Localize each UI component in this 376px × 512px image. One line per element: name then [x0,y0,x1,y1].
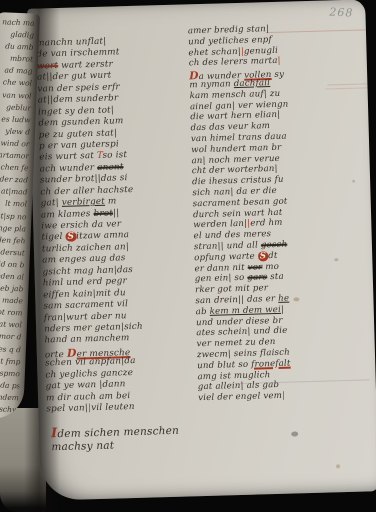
text-segment: de van irschemmt [36,48,119,60]
text-segment: eiffen kain|mit du [43,288,126,300]
text-segment: spel van| [46,403,88,414]
text-segment: at|mad [1,187,28,197]
manuscript-line: mge pla [0,222,26,236]
text-segment: ch der aller hachste [40,185,133,198]
text-segment: imandem [0,392,19,402]
text-segment: und blut so [197,359,251,371]
manuscript-line: gmo da ps [0,380,20,394]
text-segment: van wol [2,90,32,100]
text-segment: viel der engel vem [198,391,282,403]
text-segment: m dir auch am bei [46,391,131,403]
text-segment: mo [262,261,279,271]
text-segment: iwe ersich da ver [41,219,121,231]
text-segment: er dann nit [194,262,247,273]
text-segment: genugli [244,45,278,56]
text-segment: chen fe [0,162,28,172]
text-segment: van der speis erfr [37,82,120,94]
rubricated-segment: brot [93,208,113,219]
text-segment: eden al [0,271,24,281]
rubricated-segment: verbirget [62,197,105,208]
manuscript-line: eden feh [0,235,26,249]
text-segment: at||der gut wurt [37,71,112,83]
text-segment: sam sacrament vil [43,299,128,311]
manuscript-line: fleb jab [0,283,24,297]
text-segment: fleb jab [0,283,24,293]
text-segment: | [281,304,284,314]
text-segment: wind or [0,138,29,148]
text-segment: eden feh [0,235,26,245]
text-segment: lt mol [5,199,27,209]
text-segment: sy [271,70,284,80]
text-segment: tigel [41,232,65,243]
text-segment: || [113,208,120,218]
text-segment: erd hm [250,218,283,229]
text-segment: an dspmo [0,368,20,379]
text-segment: ach wunder [40,163,98,175]
text-segment: itzaw amna [76,230,129,241]
manuscript-line: nder zad [0,174,28,188]
text-segment: dem sichen menschen [57,425,179,440]
manuscript-line: at|mad [0,186,28,200]
manuscript-page: 268 manchn unflat|de van irschemmtwort w… [27,0,376,501]
text-segment: at||dem sunderbr [38,93,119,105]
text-segment: ylew d [5,126,30,136]
text-segment: eis wurt sat [39,151,97,163]
text-segment: hat wol [0,320,22,330]
text-segment: eyamor d [0,331,22,341]
text-segment: ad mag [4,66,32,76]
text-segment: gat ye wan |dann [46,379,126,391]
parchment-stain [352,180,355,183]
rubricated-segment: | [282,391,285,401]
manuscript-line: dersut [0,247,25,261]
text-segment: nach ma [2,17,35,27]
manuscript-line: eyamor d [0,331,22,345]
text-segment: manchn unflat| [36,37,107,49]
footer-rubric-note: Idem sichen menschenmachsy nat [51,421,232,456]
manuscript-line: chen fe [0,162,29,176]
manuscript-line: an dspmo [0,367,20,381]
text-segment: gmo da ps [0,380,20,391]
text-segment: sunder brot||das si [40,173,128,185]
manuscript-line: echt fmp [0,355,21,369]
rubricated-segment: ver [248,262,263,272]
text-segment: quot rom [0,307,23,317]
rubricated-segment: S [65,232,76,242]
text-segment: sta [267,272,284,282]
rubricated-segment: | [277,56,280,66]
rubricated-segment: dachfall [234,78,271,89]
text-segment: ehet schan| [188,46,241,57]
text-segment: ab [196,307,210,317]
text-segment: vil leuten [91,402,135,413]
text-segment: des q d [0,344,21,354]
rubricated-segment: wort [37,61,59,72]
text-segment: ch yeglichs gancze [45,368,133,380]
manuscript-line: ad made [0,295,23,309]
text-segment: opfung warte [194,251,258,263]
text-segment: du amb [5,42,34,52]
text-segment: inget sy den tot| [38,105,114,117]
text-segment: machsy nat [51,440,114,454]
rubricated-segment: gars [247,273,267,284]
manuscript-line: des q d [0,343,21,357]
text-segment: dem gsunden kum [38,116,123,128]
rubricated-segment: he [278,294,289,304]
folio-number: 268 [329,6,354,20]
text-segment: es ludw [1,114,30,124]
text-segment: am enges aug das [42,253,126,265]
manuscript-line: lt mol [0,198,27,212]
text-segment: dt [268,251,278,261]
text-segment: m nyman [189,79,234,90]
rubricated-segment: anent [97,162,124,173]
text-column-left: manchn unflat|de van irschemmtwort wart … [36,34,196,415]
rubricated-segment: gesch [261,240,288,251]
rubricated-segment: S [258,251,269,261]
text-segment: ad made [0,295,23,305]
manuscript-line: prid on b [0,259,25,273]
manuscript-line: hat wol [0,319,22,333]
text-segment: turlich zaichen an| [42,242,129,254]
text-segment: fran|wurt aber nu [44,311,127,323]
text-segment: so ist [102,150,127,161]
manuscript-photo: { "page": { "folio_number": "268", "colo… [0,0,376,512]
manuscript-line: quot rom [0,307,23,321]
text-segment: at|sp no [0,211,27,221]
manuscript-line: at|sp no [0,210,27,224]
manuscript-line: tartamor [0,150,29,164]
text-segment: gat| [41,198,62,209]
text-segment: tartamor [0,150,29,160]
manuscript-line: ylew d [0,126,30,140]
text-segment: wart zerstr [58,59,113,71]
text-segment: pe zu guten stat| [39,128,118,140]
text-segment: p er van guterspi [39,139,119,151]
text-segment: geblur [6,102,31,112]
parchment-stain [336,464,340,468]
text-segment: mbrot [10,54,33,64]
text-segment: gladig [10,30,34,40]
rubricated-segment: fronefalt [251,358,291,369]
text-segment: prid on b [0,259,25,269]
text-segment: himl und erd pegr [43,276,127,288]
text-segment: hand an manchem [44,333,129,345]
text-segment: m [105,197,117,207]
text-segment: gen ein| so [195,273,248,284]
text-segment: dersut [0,247,25,257]
manuscript-line: eden al [0,271,24,285]
text-segment: werden lan| [193,219,247,231]
text-segment: nder zad [0,174,28,184]
text-segment: che wol [3,78,33,88]
parchment-stain [291,431,298,436]
manuscript-line: imandem [0,392,19,406]
text-segment: echt fmp [0,356,21,366]
text-segment: schen vil anpfan|da [45,356,136,369]
text-segment: am klames [41,209,94,220]
manuscript-line: wind or [0,138,30,152]
text-segment: gsicht mag han|das [42,265,133,278]
text-segment: mge pla [0,223,26,233]
text-column-right: amer bredig stan|und yetliches enpfehet … [188,21,372,404]
